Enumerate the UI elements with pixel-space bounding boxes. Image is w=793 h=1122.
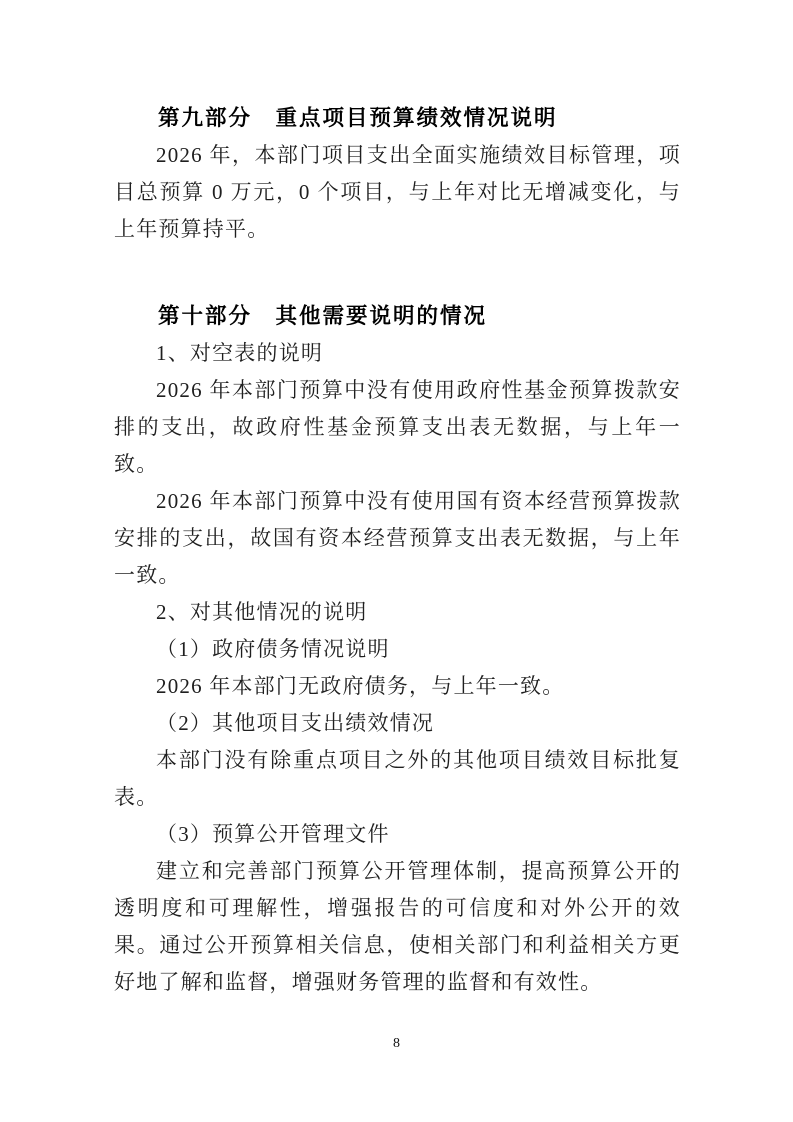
item-other-project-performance-title: （2）其他项目支出绩效情况 — [114, 705, 681, 742]
page-content: 第九部分 重点项目预算绩效情况说明 2026 年，本部门项目支出全面实施绩效目标… — [114, 100, 681, 1001]
section-10-heading: 第十部分 其他需要说明的情况 — [114, 298, 681, 335]
para-other-project-performance: 本部门没有除重点项目之外的其他项目绩效目标批复表。 — [114, 742, 681, 816]
para-state-capital-budget: 2026 年本部门预算中没有使用国有资本经营预算拨款安排的支出，故国有资本经营预… — [114, 483, 681, 594]
item-empty-tables-title: 1、对空表的说明 — [114, 335, 681, 372]
para-gov-debt: 2026 年本部门无政府债务，与上年一致。 — [114, 668, 681, 705]
section-9-heading: 第九部分 重点项目预算绩效情况说明 — [114, 100, 681, 137]
section-9-paragraph: 2026 年，本部门项目支出全面实施绩效目标管理，项目总预算 0 万元，0 个项… — [114, 137, 681, 248]
item-gov-debt-title: （1）政府债务情况说明 — [114, 631, 681, 668]
para-gov-fund-budget: 2026 年本部门预算中没有使用政府性基金预算拨款安排的支出，故政府性基金预算支… — [114, 372, 681, 483]
item-other-situations-title: 2、对其他情况的说明 — [114, 594, 681, 631]
para-budget-disclosure: 建立和完善部门预算公开管理体制，提高预算公开的透明度和可理解性，增强报告的可信度… — [114, 853, 681, 1001]
item-budget-disclosure-title: （3）预算公开管理文件 — [114, 816, 681, 853]
page-number: 8 — [0, 1036, 793, 1052]
document-page: 第九部分 重点项目预算绩效情况说明 2026 年，本部门项目支出全面实施绩效目标… — [0, 0, 793, 1122]
